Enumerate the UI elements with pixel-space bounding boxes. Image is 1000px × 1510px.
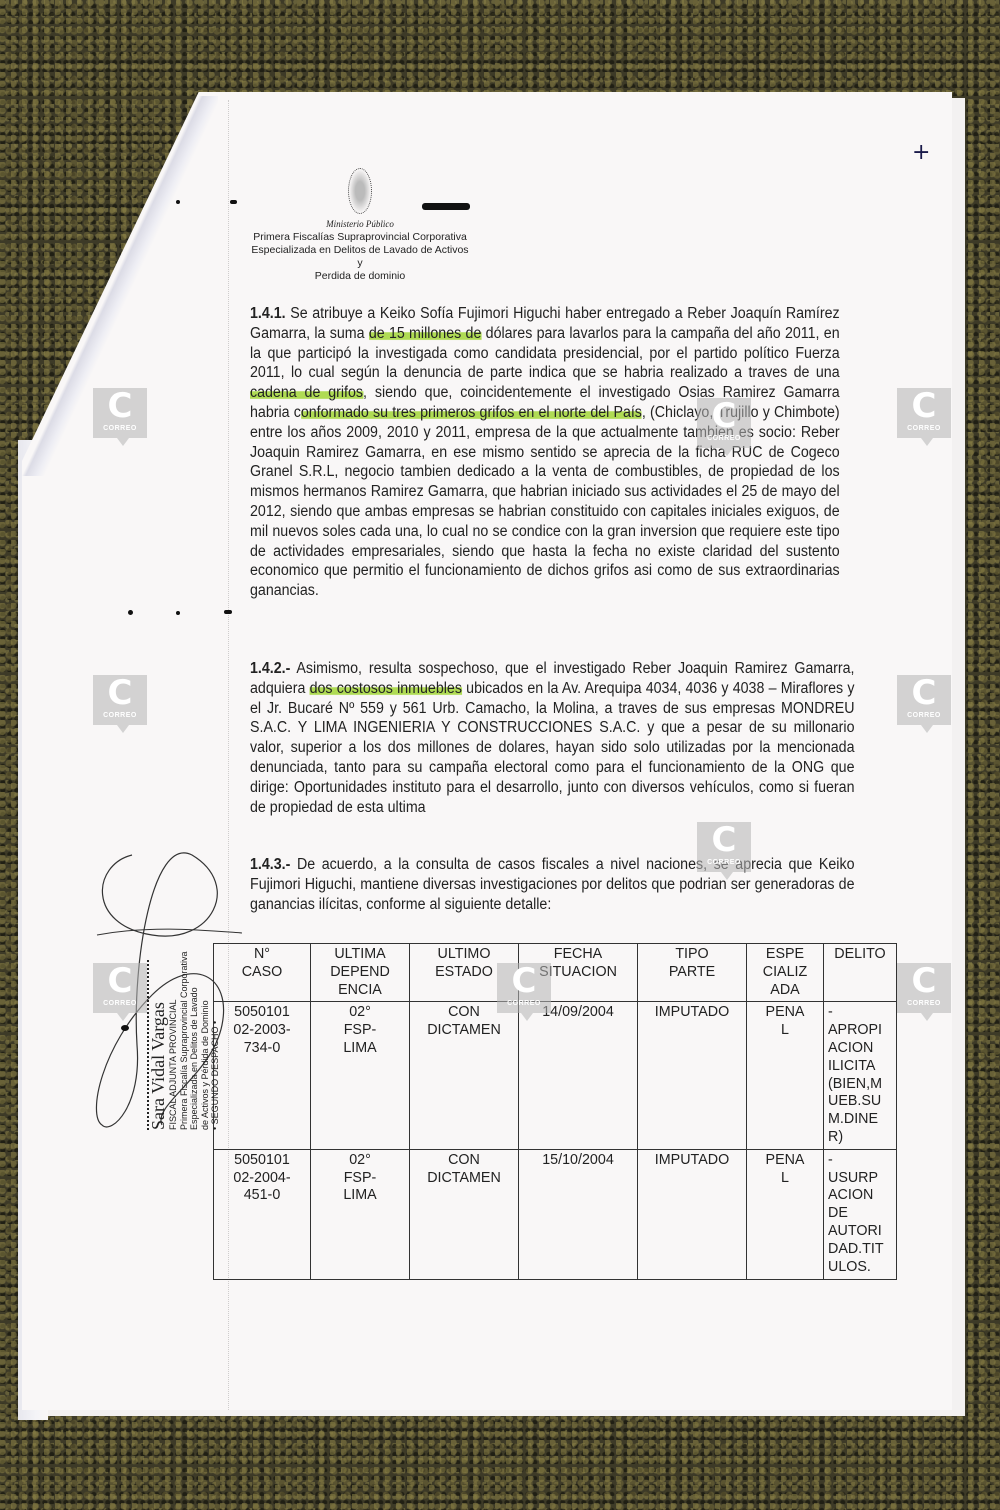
stamp-line-3: de Activos y Pérdida de Dominio (200, 910, 211, 1130)
punch-hole-mark (176, 611, 180, 615)
table-cell: 02°FSP-LIMA (311, 1149, 410, 1279)
punch-hole-mark (230, 200, 237, 204)
punch-hole-mark (128, 610, 133, 615)
handwritten-plus-mark: + (912, 140, 930, 165)
table-cell: 505010102-2004-451-0 (214, 1149, 311, 1279)
correo-watermark-icon: CCORREO (897, 675, 951, 725)
section-number: 1.4.1. (250, 305, 286, 322)
highlighted-text: cadena de grifos (250, 384, 363, 401)
table-cell: -APROPIACIONILICITA(BIEN,MUEB.SUM.DINER) (824, 1002, 897, 1149)
paragraph-text: ubicados en la Av. Arequipa 4034, 4036 y… (250, 680, 855, 816)
table-cell: PENAL (747, 1002, 824, 1149)
section-number: 1.4.3.- (250, 856, 290, 873)
column-header: DELITO (824, 944, 897, 1002)
highlighted-text: onformado su tres primeros grifos en el … (301, 404, 642, 421)
letterhead: Ministerio Público Primera Fiscalías Sup… (250, 168, 470, 283)
correo-watermark-icon: CCORREO (497, 963, 551, 1013)
table-row: 505010102-2004-451-002°FSP-LIMACONDICTAM… (214, 1149, 897, 1279)
stamp-line-1: Primera Fiscalía Supraprovincial Corpora… (179, 910, 190, 1130)
correo-watermark-icon: CCORREO (93, 675, 147, 725)
highlighted-text: dos costosos inmuebles (310, 680, 462, 697)
table-cell: IMPUTADO (638, 1002, 747, 1149)
stamp-line-4: • SEGUNDO DESPACHO • (210, 910, 221, 1130)
stamp-title: FISCAL ADJUNTA PROVINCIAL (168, 910, 179, 1130)
table-cell: -USURPACIONDEAUTORIDAD.TITULOS. (824, 1149, 897, 1279)
punch-hole-mark (224, 610, 232, 614)
section-1-4-3: 1.4.3.- De acuerdo, a la consulta de cas… (250, 855, 855, 914)
column-header: ULTIMADEPENDENCIA (311, 944, 410, 1002)
prosecutor-stamp: Sara Vidal Vargas FISCAL ADJUNTA PROVINC… (145, 910, 225, 1130)
section-1-4-1: 1.4.1. Se atribuye a Keiko Sofía Fujimor… (250, 304, 840, 601)
column-header: TIPOPARTE (638, 944, 747, 1002)
cases-table: N°CASOULTIMADEPENDENCIAULTIMOESTADOFECHA… (213, 943, 897, 1280)
letterhead-line-1: Primera Fiscalías Supraprovincial Corpor… (250, 231, 470, 244)
stamp-line-2: Especializada en Delitos de Lavado (189, 910, 200, 1130)
column-header: ESPECIALIZADA (747, 944, 824, 1002)
table-cell: CONDICTAMEN (410, 1149, 519, 1279)
table-cell: 02°FSP-LIMA (311, 1002, 410, 1149)
paragraph-text: De acuerdo, a la consulta de casos fisca… (250, 856, 855, 913)
section-number: 1.4.2.- (250, 660, 290, 677)
correo-watermark-icon: CCORREO (93, 963, 147, 1013)
correo-watermark-icon: CCORREO (93, 388, 147, 438)
table-header-row: N°CASOULTIMADEPENDENCIAULTIMOESTADOFECHA… (214, 944, 897, 1002)
table-cell: IMPUTADO (638, 1149, 747, 1279)
punch-hole-mark (176, 200, 180, 204)
correo-watermark-icon: CCORREO (697, 398, 751, 448)
letterhead-ministerio: Ministerio Público (250, 218, 470, 231)
table-cell: 14/09/2004 (519, 1002, 638, 1149)
section-1-4-2: 1.4.2.- Asimismo, resulta sospechoso, qu… (250, 659, 855, 817)
letterhead-line-2: Especializada en Delitos de Lavado de Ac… (250, 244, 470, 270)
table-row: 505010102-2003-734-002°FSP-LIMACONDICTAM… (214, 1002, 897, 1149)
correo-watermark-icon: CCORREO (697, 822, 751, 872)
table-cell: CONDICTAMEN (410, 1002, 519, 1149)
coat-of-arms-icon (348, 168, 372, 214)
stamp-name: Sara Vidal Vargas (149, 910, 168, 1130)
paragraph-text: , (Chiclayo, Trujillo y Chimbote) entre … (250, 404, 840, 599)
letterhead-line-3: Perdida de dominio (250, 270, 470, 283)
highlighted-text: de 15 millones de (369, 325, 482, 342)
table-cell: 15/10/2004 (519, 1149, 638, 1279)
table-cell: PENAL (747, 1149, 824, 1279)
correo-watermark-icon: CCORREO (897, 388, 951, 438)
correo-watermark-icon: CCORREO (897, 963, 951, 1013)
